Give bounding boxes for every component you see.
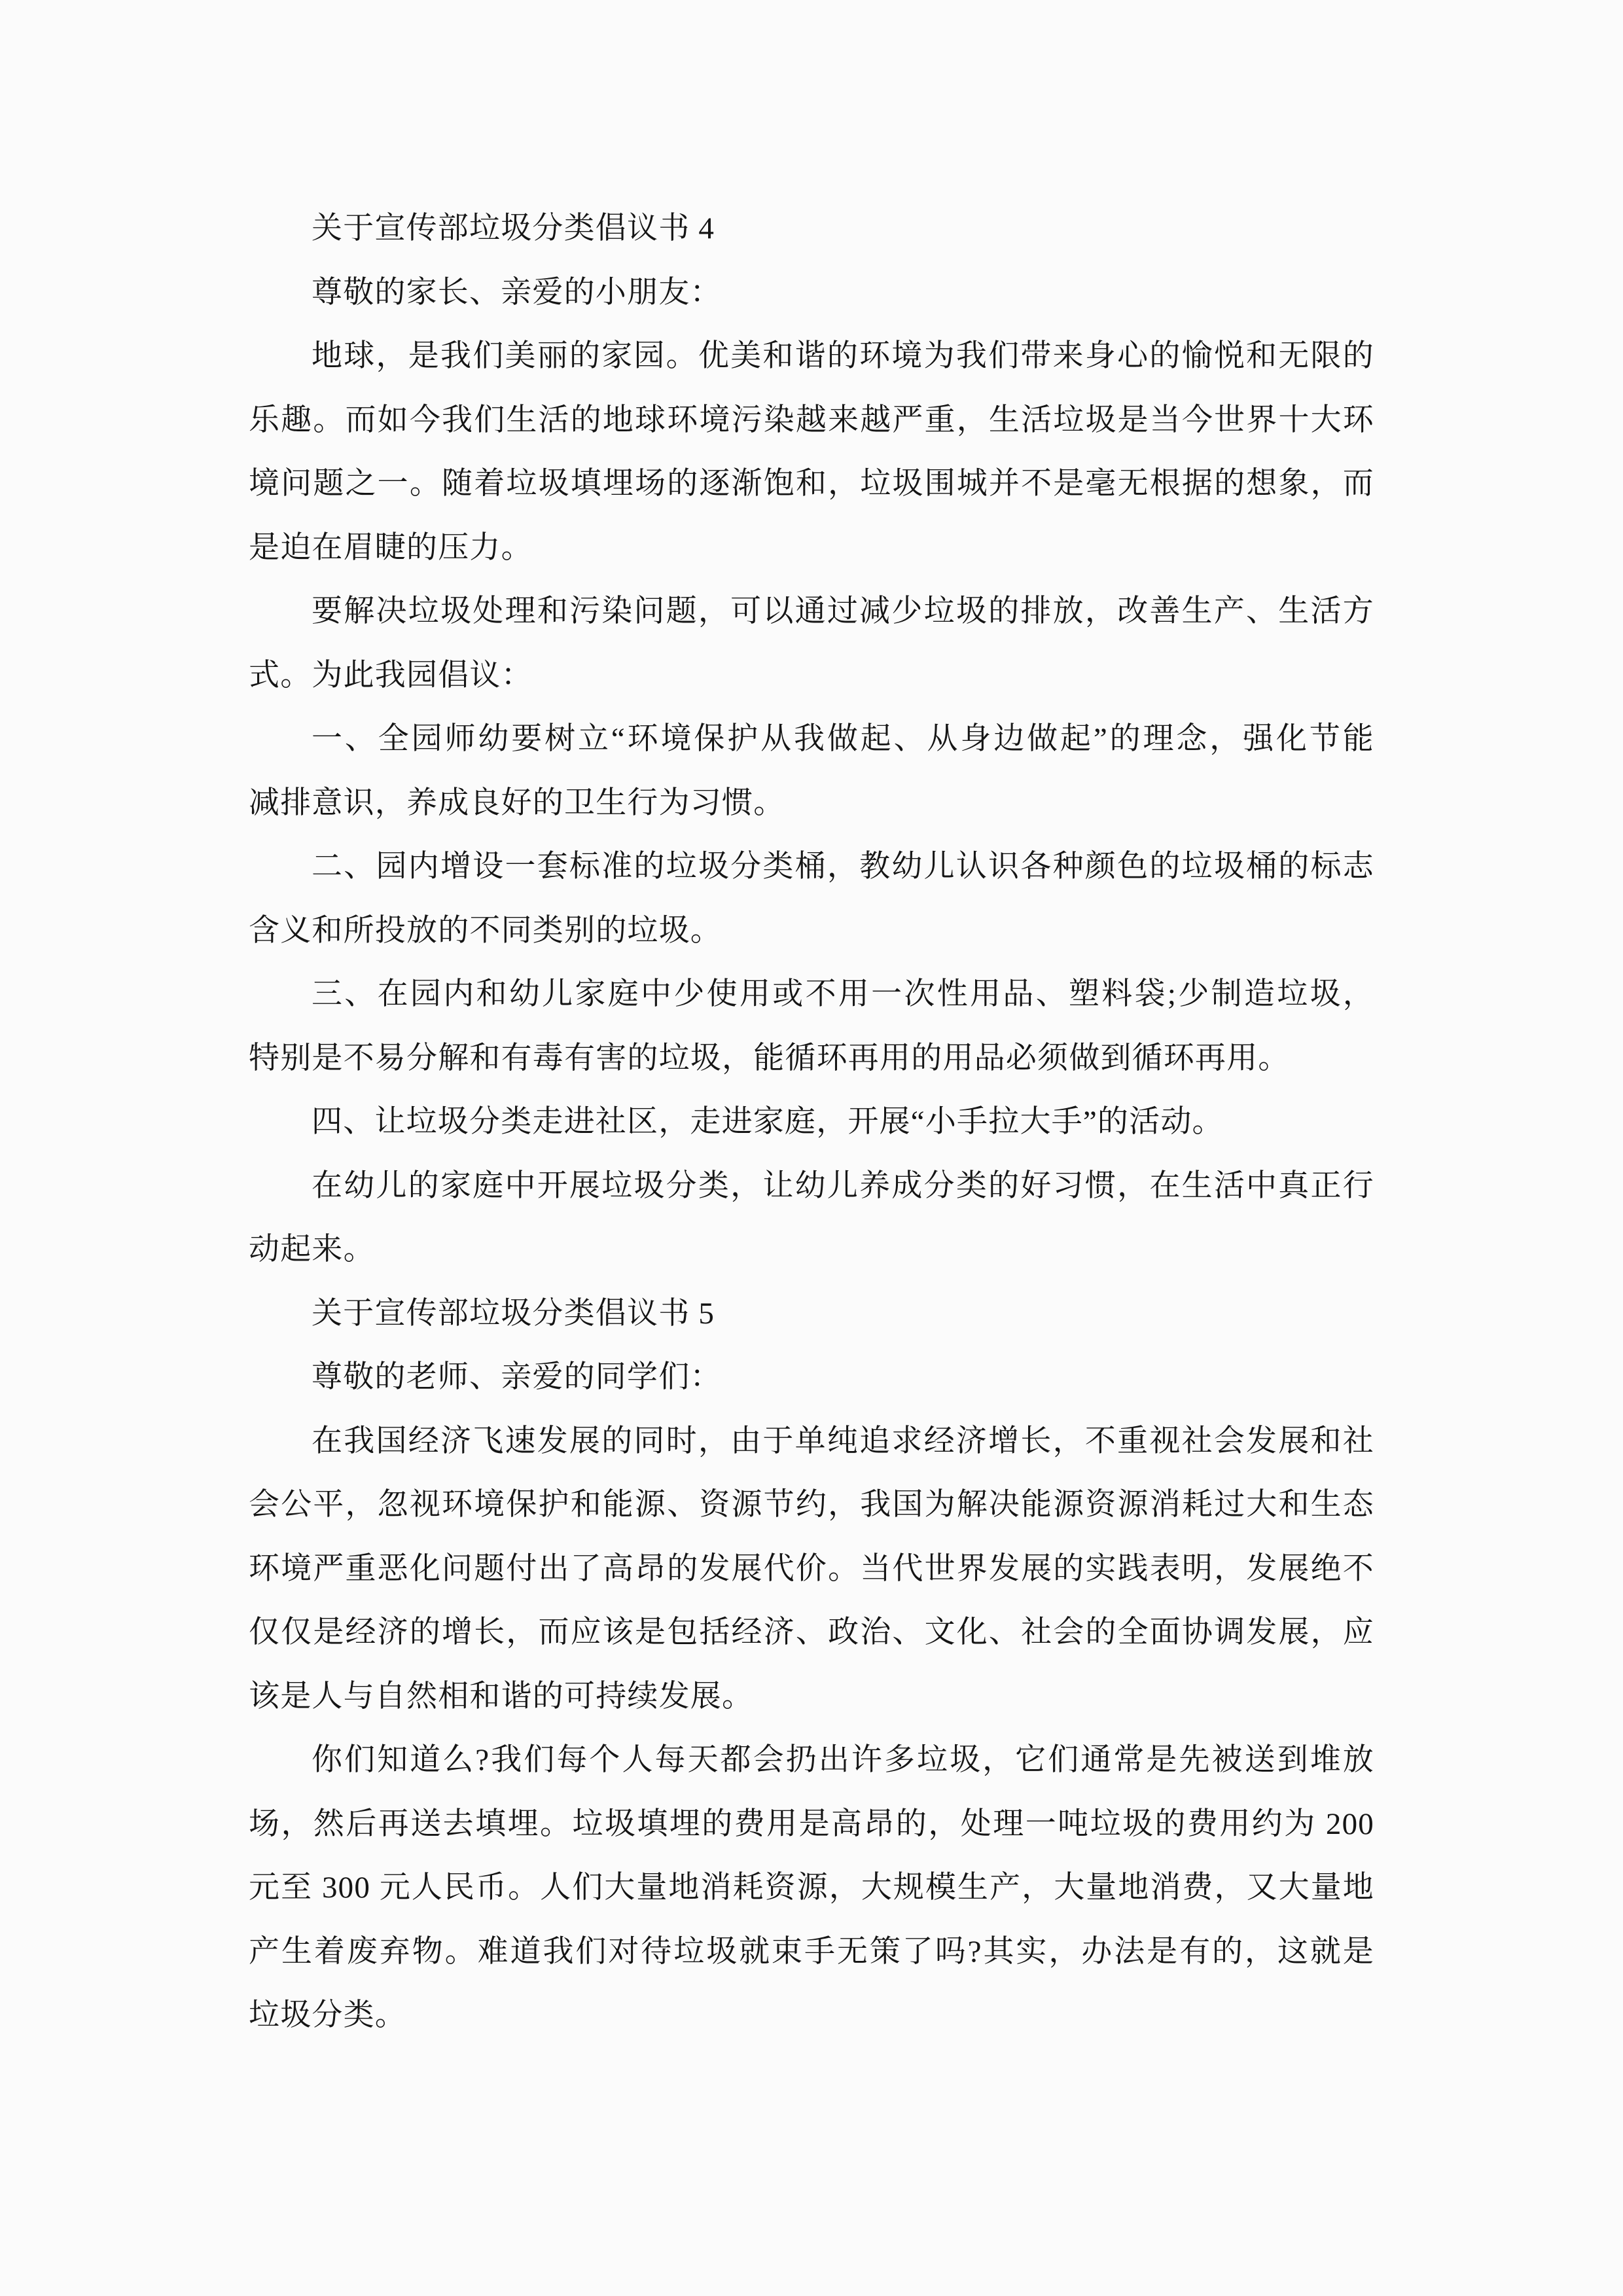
text-line: 减排意识，养成良好的卫生行为习惯。	[249, 772, 1374, 836]
text-line: 式。为此我园倡议：	[249, 644, 1374, 708]
text-line: 动起来。	[249, 1218, 1374, 1282]
text-line: 特别是不易分解和有毒有害的垃圾，能循环再用的用品必须做到循环再用。	[249, 1027, 1374, 1091]
text-line: 垃圾分类。	[249, 1984, 1374, 2048]
text-line: 是迫在眉睫的压力。	[249, 516, 1374, 581]
text-line: 在幼儿的家庭中开展垃圾分类，让幼儿养成分类的好习惯，在生活中真正行	[249, 1155, 1374, 1219]
text-line: 二、园内增设一套标准的垃圾分类桶，教幼儿认识各种颜色的垃圾桶的标志	[249, 835, 1374, 899]
section-title: 关于宣传部垃圾分类倡议书 5	[249, 1282, 1374, 1346]
text-line: 在我国经济飞速发展的同时，由于单纯追求经济增长，不重视社会发展和社	[249, 1410, 1374, 1474]
document-body: 关于宣传部垃圾分类倡议书 4尊敬的家长、亲爱的小朋友：地球，是我们美丽的家园。优…	[249, 197, 1374, 2048]
text-line: 你们知道么?我们每个人每天都会扔出许多垃圾，它们通常是先被送到堆放	[249, 1729, 1374, 1793]
text-line: 产生着废弃物。难道我们对待垃圾就束手无策了吗?其实，办法是有的，这就是	[249, 1920, 1374, 1984]
document-page: 关于宣传部垃圾分类倡议书 4尊敬的家长、亲爱的小朋友：地球，是我们美丽的家园。优…	[0, 0, 1623, 2296]
salutation-line: 尊敬的老师、亲爱的同学们：	[249, 1346, 1374, 1410]
text-line: 该是人与自然相和谐的可持续发展。	[249, 1665, 1374, 1729]
text-line: 乐趣。而如今我们生活的地球环境污染越来越严重，生活垃圾是当今世界十大环	[249, 389, 1374, 453]
text-line: 元至 300 元人民币。人们大量地消耗资源，大规模生产，大量地消费，又大量地	[249, 1856, 1374, 1920]
text-line: 地球，是我们美丽的家园。优美和谐的环境为我们带来身心的愉悦和无限的	[249, 325, 1374, 389]
text-line: 仅仅是经济的增长，而应该是包括经济、政治、文化、社会的全面协调发展，应	[249, 1601, 1374, 1665]
section-title: 关于宣传部垃圾分类倡议书 4	[249, 197, 1374, 261]
text-line: 一、全园师幼要树立“环境保护从我做起、从身边做起”的理念，强化节能	[249, 708, 1374, 772]
text-line: 场，然后再送去填埋。垃圾填埋的费用是高昂的，处理一吨垃圾的费用约为 200	[249, 1793, 1374, 1857]
text-line: 三、在园内和幼儿家庭中少使用或不用一次性用品、塑料袋;少制造垃圾，	[249, 963, 1374, 1027]
text-line: 环境严重恶化问题付出了高昂的发展代价。当代世界发展的实践表明，发展绝不	[249, 1537, 1374, 1602]
text-line: 境问题之一。随着垃圾填埋场的逐渐饱和，垃圾围城并不是毫无根据的想象，而	[249, 452, 1374, 516]
text-line: 会公平，忽视环境保护和能源、资源节约，我国为解决能源资源消耗过大和生态	[249, 1473, 1374, 1537]
text-line: 含义和所投放的不同类别的垃圾。	[249, 899, 1374, 963]
text-line: 要解决垃圾处理和污染问题，可以通过减少垃圾的排放，改善生产、生活方	[249, 580, 1374, 644]
text-line: 四、让垃圾分类走进社区，走进家庭，开展“小手拉大手”的活动。	[249, 1090, 1374, 1155]
salutation-line: 尊敬的家长、亲爱的小朋友：	[249, 261, 1374, 325]
